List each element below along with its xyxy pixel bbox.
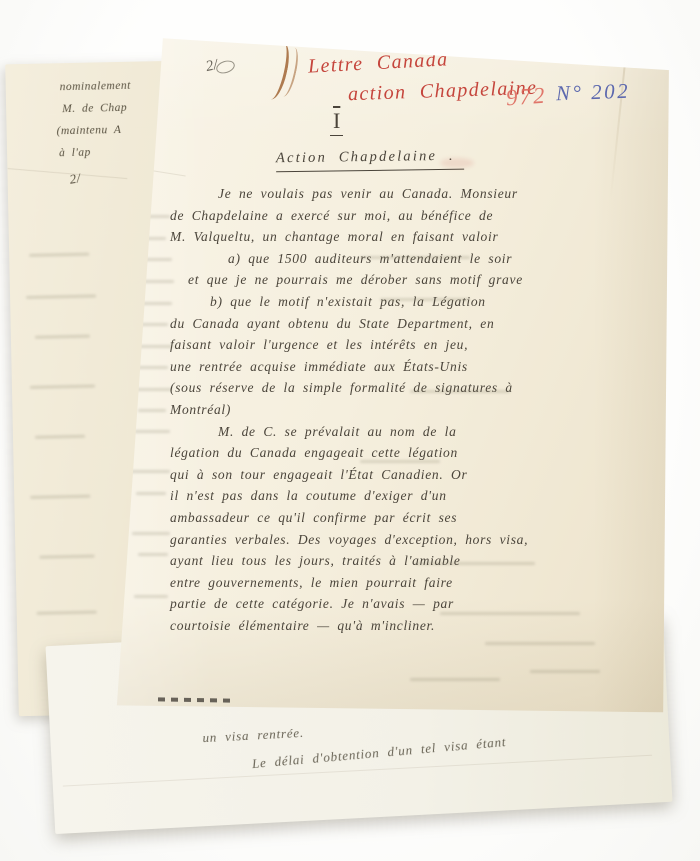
- bleedthrough-mark: [138, 409, 166, 412]
- bleedthrough-mark: [134, 430, 170, 433]
- section-heading-text: Action Chapdelaine .: [276, 148, 455, 166]
- bleedthrough-mark: [30, 495, 90, 499]
- bleedthrough-mark: [360, 460, 440, 463]
- bottom-sheet-line: un visa rentrée.: [202, 725, 304, 746]
- red-title-line1: Lettre Canada: [307, 48, 449, 78]
- section-heading: Action Chapdelaine .: [276, 147, 464, 173]
- manuscript-line: qui à son tour engageait l'État Canadien…: [170, 467, 638, 489]
- bleedthrough-mark: [29, 253, 89, 257]
- back-sheet-page-number: 2/: [68, 170, 82, 188]
- manuscript-line: Je ne voulais pas venir au Canada. Monsi…: [170, 186, 638, 208]
- bleedthrough-mark: [138, 553, 168, 556]
- manuscript-line: entre gouvernements, le mien pourrait fa…: [170, 575, 638, 597]
- back-sheet-text-fragment: (maintenu A: [56, 124, 121, 137]
- bleedthrough-mark: [360, 256, 470, 259]
- bleedthrough-mark: [134, 595, 168, 598]
- bleedthrough-mark: [410, 678, 500, 681]
- manuscript-line: de Chapdelaine a exercé sur moi, au béné…: [170, 208, 638, 230]
- blue-file-number: N° 202: [556, 79, 631, 107]
- photograph-of-manuscripts: nominalement M. de Chap (maintenu A à l'…: [0, 0, 700, 861]
- bleedthrough-mark: [136, 492, 166, 495]
- section-numeral: I: [330, 108, 343, 136]
- manuscript-line: du Canada ayant obtenu du State Departme…: [170, 316, 638, 338]
- paper-crease: [8, 168, 128, 179]
- manuscript-line: une rentrée acquise immédiate aux États-…: [170, 359, 638, 381]
- bleedthrough-mark: [440, 612, 580, 615]
- bleedthrough-mark: [136, 366, 168, 369]
- bleedthrough-mark: [415, 562, 535, 565]
- manuscript-line: ambassadeur ce qu'il confirme par écrit …: [170, 510, 638, 532]
- main-manuscript-sheet: 2/ Lettre Canada action Chapdelaine 972 …: [110, 30, 685, 722]
- back-sheet-text-fragment: M. de Chap: [62, 102, 127, 115]
- manuscript-line: et que je ne pourrais me dérober sans mo…: [170, 272, 638, 294]
- red-overwritten-number: 972: [505, 83, 547, 112]
- back-sheet-text-fragment: à l'ap: [59, 147, 91, 160]
- manuscript-line: Montréal): [170, 402, 638, 424]
- back-sheet-text-fragment: nominalement: [60, 80, 131, 93]
- manuscript-line: M. Valqueltu, un chantage moral en faisa…: [170, 229, 638, 251]
- manuscript-line: (sous réserve de la simple formalité de …: [170, 380, 638, 402]
- manuscript-line: ayant lieu tous les jours, traités à l'a…: [170, 553, 638, 575]
- bleedthrough-mark: [37, 611, 97, 615]
- manuscript-line: il n'est pas dans la coutume d'exiger d'…: [170, 488, 638, 510]
- rust-stain-dot: [260, 36, 265, 43]
- manuscript-line: M. de C. se prévalait au nom de la: [170, 424, 638, 446]
- bleedthrough-mark: [130, 470, 170, 473]
- bleedthrough-mark: [35, 435, 85, 439]
- bleedthrough-mark: [26, 295, 96, 299]
- clipped-text-marks: [158, 697, 230, 702]
- bleedthrough-mark: [410, 390, 510, 393]
- manuscript-line: garanties verbales. Des voyages d'except…: [170, 532, 638, 554]
- bleedthrough-mark: [132, 532, 170, 535]
- bleedthrough-mark: [485, 642, 595, 645]
- bleedthrough-mark: [30, 385, 95, 389]
- ink-smudge: [440, 158, 474, 168]
- manuscript-line: courtoisie élémentaire — qu'à m'incliner…: [170, 618, 638, 640]
- manuscript-line: a) que 1500 auditeurs m'attendaient le s…: [170, 251, 638, 273]
- manuscript-line: légation du Canada engageait cette légat…: [170, 445, 638, 467]
- manuscript-body: Je ne voulais pas venir au Canada. Monsi…: [170, 186, 638, 639]
- bleedthrough-mark: [35, 335, 90, 339]
- bleedthrough-mark: [39, 555, 94, 559]
- bleedthrough-mark: [380, 298, 470, 301]
- manuscript-line: faisant valoir l'urgence et les intérêts…: [170, 337, 638, 359]
- bleedthrough-mark: [530, 670, 600, 673]
- paper-crease: [610, 40, 629, 199]
